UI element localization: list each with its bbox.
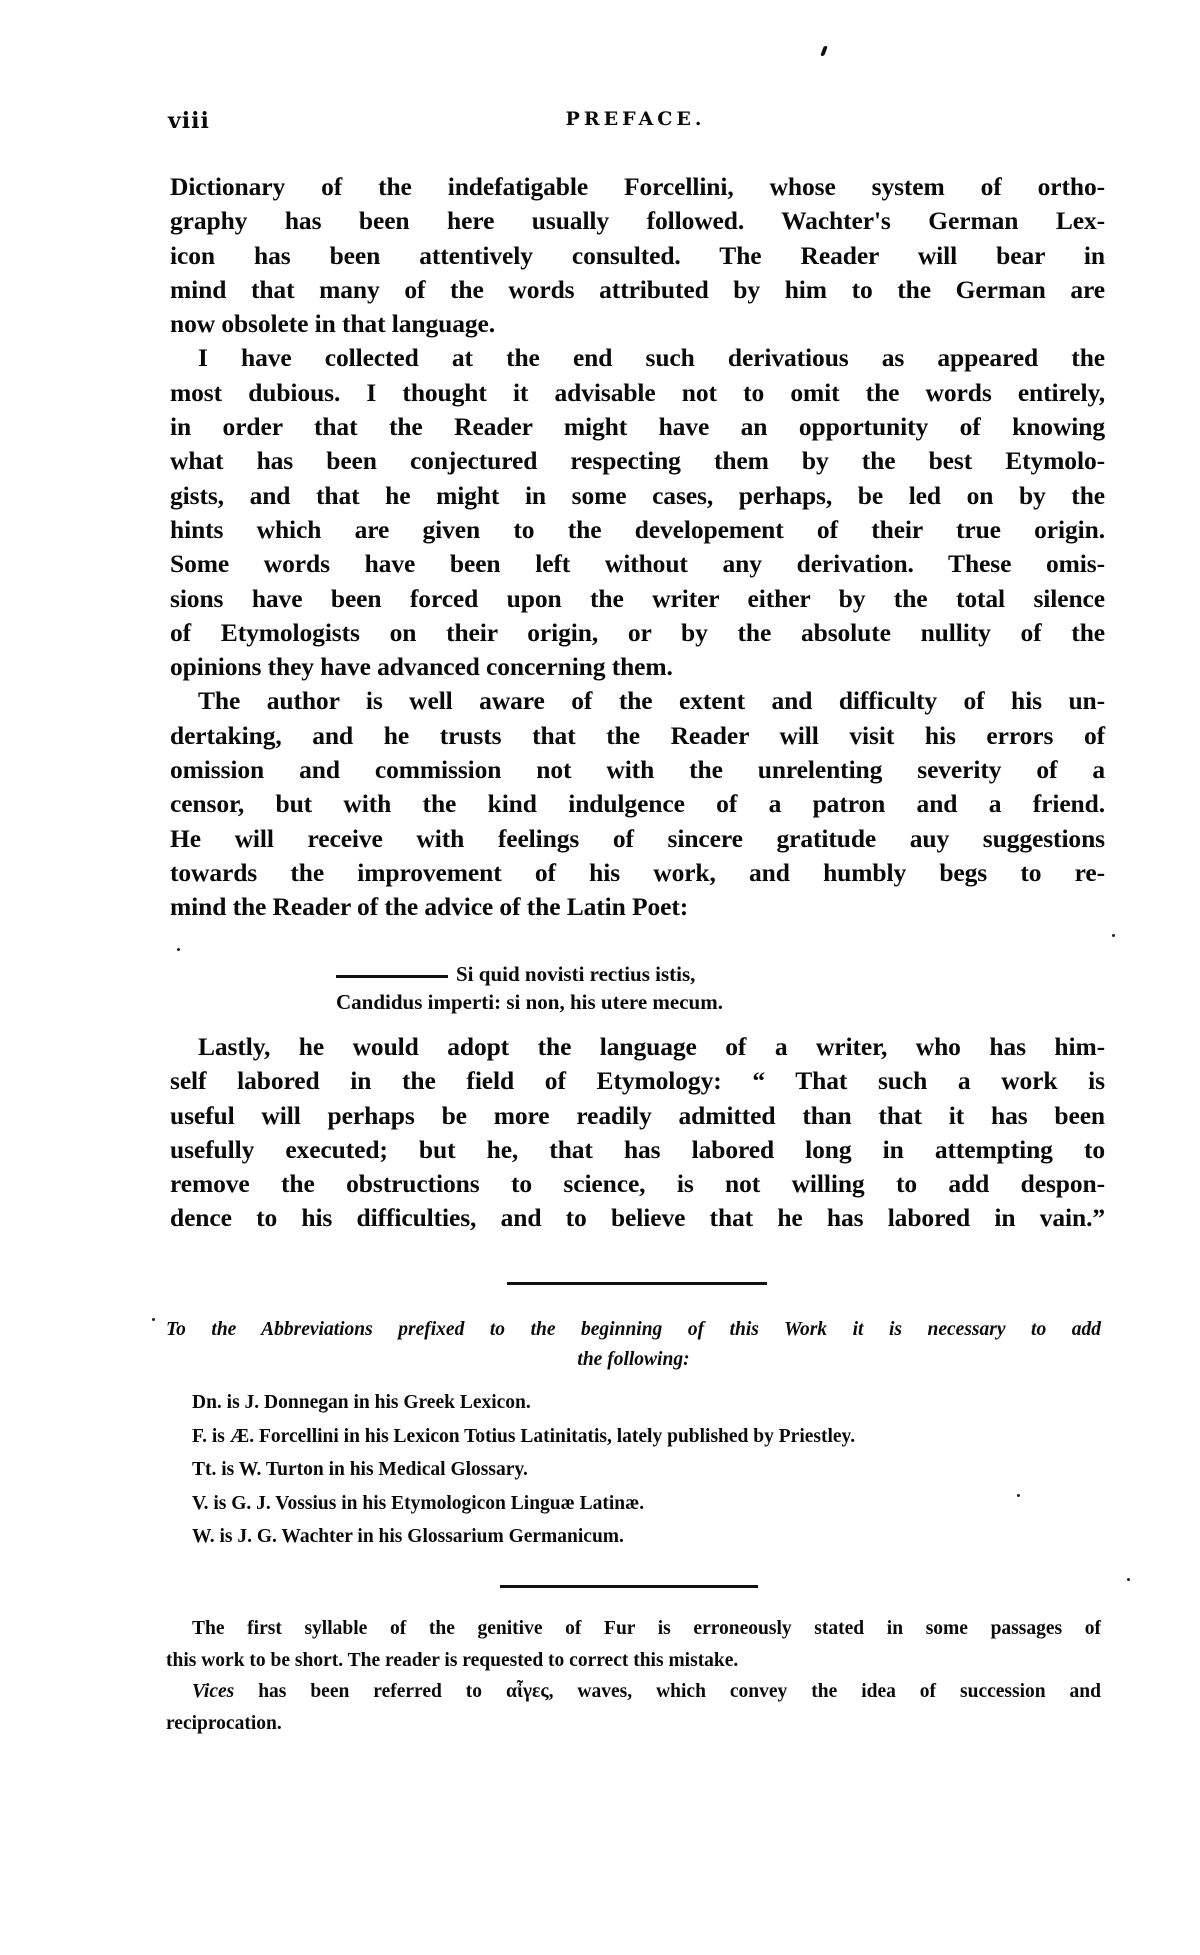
section-rule [507,1282,767,1285]
italic-term: Vices [192,1681,234,1702]
note-line: reciprocation. [166,1708,1101,1740]
text-line: useful will perhaps be more readily admi… [170,1099,1105,1133]
text-line: censor, but with the kind indulgence of … [170,787,1105,821]
text-line: mind the Reader of the advice of the Lat… [170,890,1105,924]
abbreviation-item: F. is Æ. Forcellini in his Lexicon Totiu… [192,1420,1102,1454]
abbreviation-item: Dn. is J. Donnegan in his Greek Lexicon. [192,1386,1102,1420]
abbreviation-item: W. is J. G. Wachter in his Glossarium Ge… [192,1520,1102,1554]
intro-line: the following: [166,1345,1101,1375]
text-line: He will receive with feelings of sincere… [170,822,1105,856]
print-speck [177,948,180,951]
paragraph: Dictionary of the indefatigable Forcelli… [170,170,1105,341]
text-line: remove the obstructions to science, is n… [170,1167,1105,1201]
text-line: opinions they have advanced concerning t… [170,650,1105,684]
text-line: sions have been forced upon the writer e… [170,582,1105,616]
text-line: Some words have been left without any de… [170,547,1105,581]
text-line: in order that the Reader might have an o… [170,410,1105,444]
text-line: most dubious. I thought it advisable not… [170,376,1105,410]
text-line: self labored in the field of Etymology: … [170,1064,1105,1098]
abbreviation-item: Tt. is W. Turton in his Medical Glossary… [192,1453,1102,1487]
note-line: The first syllable of the genitive of Fu… [166,1613,1101,1645]
latin-verse: Si quid novisti rectius istis, Candidus … [336,960,723,1016]
preface-body: Dictionary of the indefatigable Forcelli… [170,170,1105,925]
text-line: mind that many of the words attributed b… [170,273,1105,307]
verse-line-2: Candidus imperti: si non, his utere mecu… [336,988,723,1016]
abbreviations-intro: To the Abbreviations prefixed to the beg… [166,1315,1101,1375]
text-line: hints which are given to the developemen… [170,513,1105,547]
note-text: has been referred to αἶγες, waves, which… [234,1681,1101,1702]
text-line: I have collected at the end such derivat… [170,341,1105,375]
text-line: usefully executed; but he, that has labo… [170,1133,1105,1167]
text-line: gists, and that he might in some cases, … [170,479,1105,513]
text-line: graphy has been here usually followed. W… [170,204,1105,238]
note-line: this work to be short. The reader is req… [166,1645,1101,1677]
verse-line-1: Si quid novisti rectius istis, [456,962,695,986]
paragraph: The author is well aware of the extent a… [170,684,1105,924]
abbreviations-list: Dn. is J. Donnegan in his Greek Lexicon.… [192,1386,1102,1554]
print-mark [820,46,828,56]
text-line: dertaking, and he trusts that the Reader… [170,719,1105,753]
verse-dash [336,975,448,978]
text-line: Dictionary of the indefatigable Forcelli… [170,170,1105,204]
text-line: omission and commission not with the unr… [170,753,1105,787]
abbreviation-item: V. is G. J. Vossius in his Etymologicon … [192,1487,1102,1521]
text-line: The author is well aware of the extent a… [170,684,1105,718]
print-speck [1127,1578,1130,1581]
text-line: icon has been attentively consulted. The… [170,239,1105,273]
intro-line: To the Abbreviations prefixed to the beg… [166,1315,1101,1345]
text-line: towards the improvement of his work, and… [170,856,1105,890]
note-line: Vices has been referred to αἶγες, waves,… [166,1676,1101,1708]
corrections-notes: The first syllable of the genitive of Fu… [166,1613,1101,1739]
running-head: viii PREFACE. [168,108,1103,136]
text-line: dence to his difficulties, and to believ… [170,1201,1105,1235]
text-line: what has been conjectured respecting the… [170,444,1105,478]
text-line: Lastly, he would adopt the language of a… [170,1030,1105,1064]
closing-paragraph: Lastly, he would adopt the language of a… [170,1030,1105,1236]
print-speck [152,1318,155,1321]
running-title: PREFACE. [168,108,1103,130]
paragraph: Lastly, he would adopt the language of a… [170,1030,1105,1236]
text-line: of Etymologists on their origin, or by t… [170,616,1105,650]
text-line: now obsolete in that language. [170,307,1105,341]
section-rule [500,1585,758,1588]
paragraph: I have collected at the end such derivat… [170,341,1105,684]
print-speck [1112,934,1115,937]
